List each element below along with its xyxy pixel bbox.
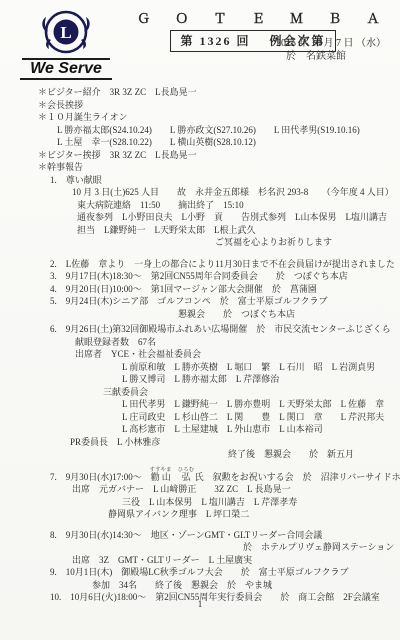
text-run: 氏 叙勲をお祝いする会 於 沼津リバーサイドホテル bbox=[192, 472, 400, 482]
agenda-line: 懇親会 於 つぼぐち本店 bbox=[0, 308, 400, 321]
document-header: L We Serve Ｇ Ｏ Ｔ Ｅ Ｍ Ｂ Ａ 第 1326 回 例会次第 2… bbox=[0, 0, 400, 86]
agenda-line: 出席 元ガバナー L 山﨑勝正 3Z ZC L 長島晃一 bbox=[0, 483, 400, 496]
lions-club-logo: L We Serve bbox=[18, 8, 114, 80]
agenda-line: ＊ビジター紹介 3R 3Z ZC L長島晃一 bbox=[0, 86, 400, 99]
document-page: L We Serve Ｇ Ｏ Ｔ Ｅ Ｍ Ｂ Ａ 第 1326 回 例会次第 2… bbox=[0, 0, 400, 640]
agenda-line: L 土屋 幸一(S28.10.22) L 横山英樹(S28.10.12) bbox=[0, 136, 400, 149]
agenda-line: 於 ホテルプリヴェ静岡ステーション bbox=[0, 541, 400, 554]
meeting-date: 2015 年 10 月 7 日 （水） bbox=[276, 37, 386, 50]
agenda-line: 担当 L鎌野純一 L天野栄太郎 L根上武久 bbox=[0, 224, 400, 237]
agenda-line: 出席 3Z GMT・GLTリーダー L 土屋廣実 bbox=[0, 554, 400, 567]
agenda-line: ＊幹事報告 bbox=[0, 161, 400, 174]
agenda-line: ＊ビジター挨拶 3R 3Z ZC L長島晃一 bbox=[0, 149, 400, 162]
organization-name: Ｇ Ｏ Ｔ Ｅ Ｍ Ｂ Ａ bbox=[126, 8, 380, 27]
agenda-line: L 前原和敏 L 勝亦英樹 L 堀口 繁 L 石川 昭 L 岩渕貞男 bbox=[0, 361, 400, 374]
agenda-line: 三役 L 山本保男 L 塩川講吉 L 芹澤孝寿 bbox=[0, 496, 400, 509]
agenda-line: 3. 9月17日(木)18:30～ 第2回CN55周年合同委員会 於 つぼぐち本… bbox=[0, 270, 400, 283]
text-run: 7. 9月30日(水)17:00～ bbox=[50, 472, 151, 482]
agenda-line: ご冥福を心よりお祈りします bbox=[0, 236, 400, 249]
meeting-venue: 於 名鉄菜館 bbox=[276, 50, 386, 63]
agenda-line: 三献委員会 bbox=[0, 386, 400, 399]
agenda-line: 6. 9月26日(土)第32回御殿場市ふれあい広場開催 於 市民交流センターふじ… bbox=[0, 323, 400, 336]
lions-emblem-icon: L bbox=[37, 8, 95, 58]
person-name-with-ruby: 弘ひろむ bbox=[180, 472, 193, 482]
agenda-line: 通夜参列 L小野田良夫 L小野 貢 告別式参列 L山本保男 L塩川講吉 bbox=[0, 211, 400, 224]
document-body: ＊ビジター紹介 3R 3Z ZC L長島晃一＊会長挨拶＊１０月誕生ライオンL 勝… bbox=[0, 86, 400, 604]
agenda-line: L 高杉憲市 L 土屋建城 L 外山恵市 L 山本裕司 bbox=[0, 423, 400, 436]
agenda-line: L 勝又博司 L 勝亦福太郎 L 芹澤修治 bbox=[0, 373, 400, 386]
person-name-with-ruby: 勸山すすやま bbox=[151, 472, 171, 482]
logo-letter: L bbox=[60, 23, 71, 42]
agenda-line: 出席者 YCE・社会福祉委員会 bbox=[0, 348, 400, 361]
furigana-text: ひろむ bbox=[178, 468, 195, 473]
agenda-line: 10 月 3 日(土)625 人目 故 永井金五郎様 杉名沢 293-8 （今年… bbox=[0, 186, 400, 199]
agenda-line: 静岡県アイバンク理事 L 坪口榮二 bbox=[0, 508, 400, 521]
page-number: 1 bbox=[0, 599, 400, 609]
logo-motto-text: We Serve bbox=[18, 60, 114, 77]
agenda-line: L 田代孝男 L 鎌野純一 L 勝亦豊明 L 天野栄太郎 L 佐藤 章 bbox=[0, 398, 400, 411]
agenda-line: L 庄司政史 L 杉山啓二 L 関 豊 L 関口 章 L 芹沢邦夫 bbox=[0, 411, 400, 424]
agenda-line: PR委員長 L 小林雅彦 bbox=[0, 436, 400, 449]
agenda-line: 2. L佐藤 章より 一身上の都合により11月30日まで不在会員届けが提出されま… bbox=[0, 258, 400, 271]
agenda-line: L 勝亦福太郎(S24.10.24) L 勝亦政文(S27.10.26) L 田… bbox=[0, 124, 400, 137]
agenda-line: 4. 9月20日(日)10:00～ 第1回マージャン部大会開催 於 菖蒲園 bbox=[0, 283, 400, 296]
agenda-line: 8. 9月30日(水)14:30～ 地区・ゾーンGMT・GLTリーダー合同会議 bbox=[0, 529, 400, 542]
agenda-line: 参加 34名 終了後 懇親会 於 やま城 bbox=[0, 579, 400, 592]
agenda-line: 終了後 懇親会 於 新五月 bbox=[0, 448, 400, 461]
agenda-line: 東大病院連絡 11:50 摘出終了 15:10 bbox=[0, 199, 400, 212]
agenda-line: ＊１０月誕生ライオン bbox=[0, 111, 400, 124]
agenda-line: ＊会長挨拶 bbox=[0, 99, 400, 112]
agenda-line: 献眼登録者数 67名 bbox=[0, 336, 400, 349]
logo-bottom-rule bbox=[20, 78, 112, 81]
agenda-line-with-furigana: 7. 9月30日(水)17:00～ 勸山すすやま 弘ひろむ 氏 叙勲をお祝いする… bbox=[0, 468, 400, 484]
agenda-line: 1. 尊い献眼 bbox=[0, 174, 400, 187]
furigana-text: すすやま bbox=[150, 468, 172, 473]
agenda-line: 5. 9月24日(木)シニア部 ゴルフコンペ 於 富士平原ゴルフクラブ bbox=[0, 295, 400, 308]
date-block: 2015 年 10 月 7 日 （水） 於 名鉄菜館 bbox=[276, 37, 386, 63]
agenda-line: 9. 10月1日(木) 御殿場LC秋季ゴルフ大会 於 富士平原ゴルフクラブ bbox=[0, 566, 400, 579]
